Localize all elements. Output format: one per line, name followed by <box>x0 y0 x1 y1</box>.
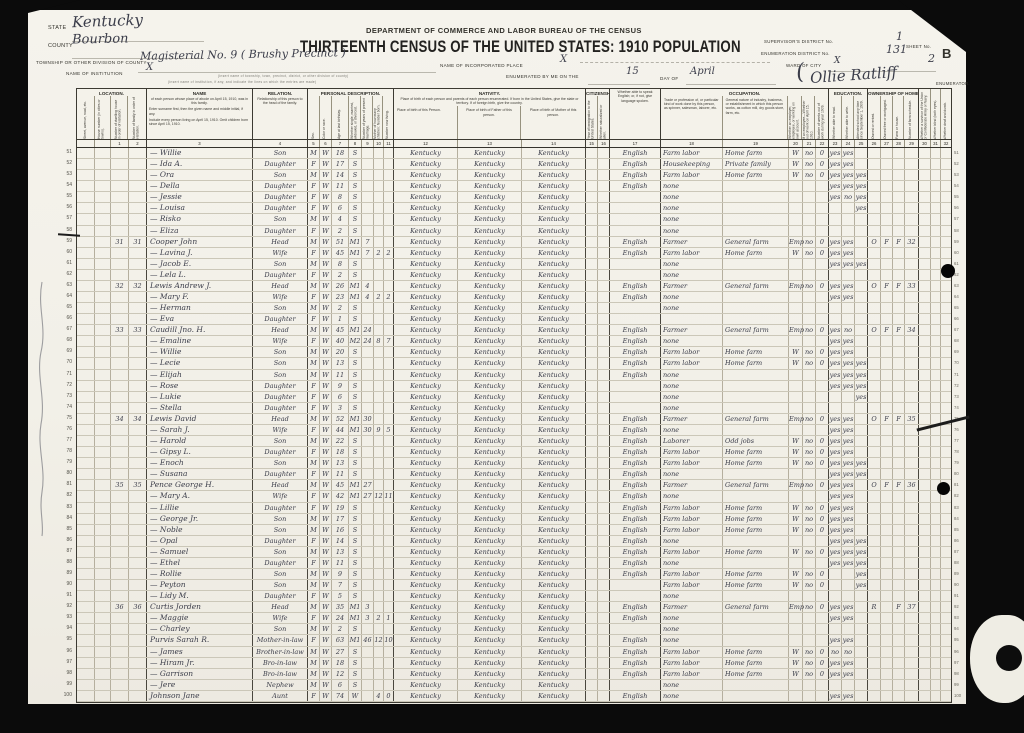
cell <box>362 314 374 324</box>
cell <box>111 226 129 236</box>
cell: 33 <box>905 281 919 291</box>
cell: Head <box>253 281 308 291</box>
cell <box>362 270 374 280</box>
cell <box>111 159 129 169</box>
cell: yes <box>829 281 842 291</box>
cell: Kentucky <box>522 314 586 324</box>
cell: 2 <box>374 248 384 258</box>
cell <box>803 403 816 413</box>
cell <box>362 214 374 224</box>
cell <box>881 680 893 690</box>
cell: S <box>349 436 362 446</box>
cell: Kentucky <box>394 192 458 202</box>
cell: S <box>349 381 362 391</box>
cell: none <box>661 491 723 501</box>
census-row: — ElijahSonMW11SKentuckyKentuckyKentucky… <box>77 370 951 381</box>
column-header: Number of farm schedule. <box>904 96 918 140</box>
column-number: 15 <box>586 140 598 147</box>
cell: 27 <box>362 491 374 501</box>
column-header: Place of birth of Mother of this person. <box>521 106 585 139</box>
cell: 19 <box>332 503 349 513</box>
cell: S <box>349 624 362 634</box>
cell <box>919 536 931 546</box>
cell: Emp <box>789 602 803 612</box>
cell <box>374 469 384 479</box>
cell <box>129 635 147 645</box>
cell: English <box>610 547 661 557</box>
cell: Farmer <box>661 325 723 335</box>
cell <box>842 580 855 590</box>
cell <box>803 314 816 324</box>
cell: 0 <box>816 480 829 490</box>
cell <box>95 624 111 634</box>
cell: 32 <box>905 237 919 247</box>
cell <box>95 580 111 590</box>
census-row: — MaggieWifeFW24M1321KentuckyKentuckyKen… <box>77 613 951 624</box>
census-row: Purvis Sarah R.Mother-in-lawFW63M1461210… <box>77 635 951 646</box>
cell <box>905 669 919 679</box>
cell <box>881 691 893 701</box>
cell <box>855 635 868 645</box>
cell <box>803 425 816 435</box>
cell <box>610 381 661 391</box>
cell: Kentucky <box>522 248 586 258</box>
cell <box>586 525 598 535</box>
cell: Home farm <box>723 248 789 258</box>
cell <box>816 270 829 280</box>
cell <box>868 358 881 368</box>
cell <box>829 403 842 413</box>
cell: English <box>610 181 661 191</box>
cell: English <box>610 469 661 479</box>
cell <box>374 680 384 690</box>
cell <box>881 270 893 280</box>
cell <box>931 181 941 191</box>
line-number: 53 <box>954 169 965 180</box>
cell <box>77 591 95 601</box>
cell: Kentucky <box>458 491 522 501</box>
cell <box>881 148 893 158</box>
cell: S <box>349 392 362 402</box>
cell <box>374 414 384 424</box>
cell: English <box>610 425 661 435</box>
cell <box>855 414 868 424</box>
cell <box>941 292 951 302</box>
cell <box>586 325 598 335</box>
cell <box>111 314 129 324</box>
cell <box>598 469 610 479</box>
cell: 8 <box>374 336 384 346</box>
cell <box>855 292 868 302</box>
cell: 51 <box>332 237 349 247</box>
cell <box>374 303 384 313</box>
cell <box>855 591 868 601</box>
cell <box>374 458 384 468</box>
cell <box>723 635 789 645</box>
cell: M <box>308 436 320 446</box>
cell: Kentucky <box>394 314 458 324</box>
cell: no <box>842 192 855 202</box>
cell: Kentucky <box>522 214 586 224</box>
cell <box>598 503 610 513</box>
cell: 7 <box>362 248 374 258</box>
cell: Kentucky <box>458 602 522 612</box>
cell: F <box>308 292 320 302</box>
cell <box>868 547 881 557</box>
cell <box>374 403 384 413</box>
cell <box>789 491 803 501</box>
cell <box>384 226 394 236</box>
cell: Kentucky <box>458 558 522 568</box>
cell <box>95 381 111 391</box>
cell <box>803 469 816 479</box>
cell <box>362 458 374 468</box>
column-number: 10 <box>374 140 384 147</box>
cell <box>610 192 661 202</box>
cell <box>931 192 941 202</box>
column-header-label: Place of birth of this Person. <box>395 107 443 113</box>
cell <box>384 325 394 335</box>
cell <box>129 425 147 435</box>
cell: Kentucky <box>522 281 586 291</box>
cell <box>893 403 905 413</box>
cell: 2 <box>332 270 349 280</box>
cell <box>931 691 941 701</box>
cell: 34 <box>129 414 147 424</box>
cell <box>905 370 919 380</box>
cell: Kentucky <box>458 203 522 213</box>
cell: no <box>803 525 816 535</box>
column-header-label: Whether able to read. <box>833 97 837 139</box>
cell <box>881 669 893 679</box>
cell: W <box>320 292 332 302</box>
cell <box>919 248 931 258</box>
cell <box>919 159 931 169</box>
cell <box>111 514 129 524</box>
cell: M <box>308 480 320 490</box>
cell <box>598 314 610 324</box>
cell <box>905 447 919 457</box>
cell: none <box>661 259 723 269</box>
cell <box>95 314 111 324</box>
cell: yes <box>842 558 855 568</box>
cell <box>129 503 147 513</box>
census-row: — GarrisonBro-in-lawMW12SKentuckyKentuck… <box>77 669 951 680</box>
cell: yes <box>829 358 842 368</box>
cell <box>111 503 129 513</box>
line-number: 70 <box>954 357 965 368</box>
cell: M <box>308 624 320 634</box>
cell <box>77 403 95 413</box>
cell <box>789 370 803 380</box>
cell <box>111 669 129 679</box>
cell <box>816 536 829 546</box>
cell <box>77 203 95 213</box>
cell: 44 <box>332 425 349 435</box>
cell: Daughter <box>253 392 308 402</box>
cell: — Enoch <box>147 458 253 468</box>
cell: Kentucky <box>394 214 458 224</box>
line-number: 84 <box>954 513 965 524</box>
cell <box>919 491 931 501</box>
cell: yes <box>829 237 842 247</box>
cell <box>829 303 842 313</box>
cell <box>384 237 394 247</box>
enumerated-label: ENUMERATED BY ME ON THE <box>506 74 579 79</box>
cell <box>941 170 951 180</box>
cell <box>362 558 374 568</box>
cell <box>598 281 610 291</box>
cell: F <box>881 325 893 335</box>
cell: S <box>349 192 362 202</box>
cell <box>95 347 111 357</box>
cell <box>77 148 95 158</box>
cell: no <box>803 480 816 490</box>
cell <box>931 314 941 324</box>
line-number: 96 <box>954 646 965 657</box>
cell <box>855 237 868 247</box>
cell: F <box>308 192 320 202</box>
census-row: — LecieSonMW13SKentuckyKentuckyKentuckyE… <box>77 358 951 369</box>
cell <box>586 181 598 191</box>
cell <box>803 270 816 280</box>
cell: yes <box>855 192 868 202</box>
cell: Kentucky <box>394 358 458 368</box>
cell <box>77 480 95 490</box>
cell: Kentucky <box>522 580 586 590</box>
cell <box>723 392 789 402</box>
cell <box>384 469 394 479</box>
cell: no <box>803 237 816 247</box>
cell: 13 <box>332 458 349 468</box>
cell: English <box>610 325 661 335</box>
cell: — Willie <box>147 148 253 158</box>
cell: Kentucky <box>458 580 522 590</box>
cell: Son <box>253 358 308 368</box>
line-number: 53 <box>58 169 74 180</box>
cell <box>941 392 951 402</box>
cell: English <box>610 491 661 501</box>
county-label: COUNTY <box>48 43 73 49</box>
cell: Head <box>253 602 308 612</box>
cell: S <box>349 558 362 568</box>
cell: S <box>349 680 362 690</box>
cell <box>893 514 905 524</box>
cell <box>868 525 881 535</box>
column-header: Owned free or mortgaged. <box>881 96 893 140</box>
line-number: 57 <box>58 213 74 224</box>
cell: yes <box>842 358 855 368</box>
cell <box>598 580 610 590</box>
cell: 7 <box>332 580 349 590</box>
cell <box>881 159 893 169</box>
cell <box>111 358 129 368</box>
cell: Daughter <box>253 203 308 213</box>
cell <box>931 591 941 601</box>
cell: yes <box>829 370 842 380</box>
cell: Wife <box>253 336 308 346</box>
cell: yes <box>842 259 855 269</box>
cell: 2 <box>332 226 349 236</box>
cell <box>95 248 111 258</box>
cell <box>905 469 919 479</box>
column-header-label: Whether able to speak English; or, if no… <box>610 89 660 104</box>
cell: 8 <box>332 259 349 269</box>
cell <box>803 181 816 191</box>
cell <box>111 536 129 546</box>
column-header: Number of weeks out of work during year … <box>815 96 828 140</box>
cell <box>919 170 931 180</box>
cell <box>789 591 803 601</box>
cell: 0 <box>816 281 829 291</box>
cell: 35 <box>332 602 349 612</box>
cell <box>868 181 881 191</box>
cell: Kentucky <box>394 347 458 357</box>
cell: yes <box>842 148 855 158</box>
cell: S <box>349 403 362 413</box>
cell: Farm labor <box>661 458 723 468</box>
cell <box>374 602 384 612</box>
cell <box>893 170 905 180</box>
cell <box>598 159 610 169</box>
header-group: CITIZENSHIP.Year of immigration to the U… <box>586 89 610 139</box>
cell: no <box>803 447 816 457</box>
cell: no <box>803 325 816 335</box>
cell: Kentucky <box>522 370 586 380</box>
cell <box>816 181 829 191</box>
cell: M1 <box>349 613 362 623</box>
cell: W <box>320 503 332 513</box>
cell: yes <box>855 381 868 391</box>
township-rule <box>138 72 436 73</box>
cell <box>598 680 610 690</box>
cell <box>931 336 941 346</box>
cell: Kentucky <box>522 303 586 313</box>
cell <box>95 613 111 623</box>
cell <box>374 281 384 291</box>
census-row: — LouisaDaughterFW6SKentuckyKentuckyKent… <box>77 203 951 214</box>
cell: none <box>661 403 723 413</box>
cell: M2 <box>349 336 362 346</box>
cell <box>598 226 610 236</box>
line-number: 68 <box>954 335 965 346</box>
cell <box>881 358 893 368</box>
cell <box>941 536 951 546</box>
cell <box>905 491 919 501</box>
township-value: Magisterial No. 9 ( Brushy Precinct ) <box>140 46 346 63</box>
header-group: NAMEof each person whose place of abode … <box>147 89 253 139</box>
cell <box>905 192 919 202</box>
cell: M <box>308 259 320 269</box>
cell: S <box>349 181 362 191</box>
cell <box>931 436 941 446</box>
census-row: — George Jr.SonMW17SKentuckyKentuckyKent… <box>77 514 951 525</box>
cell: 35 <box>129 480 147 490</box>
cell: yes <box>842 336 855 346</box>
cell: Farmer <box>661 602 723 612</box>
line-number: 62 <box>58 269 74 280</box>
cell <box>868 314 881 324</box>
cell <box>789 203 803 213</box>
cell: yes <box>829 669 842 679</box>
cell <box>586 226 598 236</box>
cell: Kentucky <box>522 569 586 579</box>
header-group: Whether able to speak English; or, if no… <box>610 89 661 139</box>
cell: — Lecie <box>147 358 253 368</box>
cell: 11 <box>384 491 394 501</box>
line-number: 60 <box>58 247 74 258</box>
cell <box>723 259 789 269</box>
cell <box>881 248 893 258</box>
column-header-label: If an employee—Whether out of work on Ap… <box>803 97 814 139</box>
cell <box>905 314 919 324</box>
cell: yes <box>829 536 842 546</box>
column-header: General nature of industry, business, or… <box>723 96 789 140</box>
cell: Son <box>253 347 308 357</box>
cell <box>374 381 384 391</box>
cell: O <box>868 414 881 424</box>
cell <box>931 447 941 457</box>
cell <box>111 558 129 568</box>
cell: Kentucky <box>522 602 586 612</box>
cell <box>723 491 789 501</box>
cell <box>905 525 919 535</box>
cell: English <box>610 414 661 424</box>
cell: Kentucky <box>458 613 522 623</box>
cell: Daughter <box>253 469 308 479</box>
cell: yes <box>842 292 855 302</box>
cell: — Ethel <box>147 558 253 568</box>
column-header: Whether able to write. <box>842 96 855 140</box>
cell <box>881 381 893 391</box>
cell: Kentucky <box>458 425 522 435</box>
cell: Kentucky <box>394 270 458 280</box>
line-number: 72 <box>954 380 965 391</box>
cell: Son <box>253 514 308 524</box>
cell <box>941 658 951 668</box>
cell: yes <box>842 525 855 535</box>
cell <box>586 547 598 557</box>
cell <box>723 270 789 280</box>
cell <box>129 226 147 236</box>
cell <box>893 292 905 302</box>
cell: — Harold <box>147 436 253 446</box>
cell: 2 <box>374 292 384 302</box>
cell: 4 <box>362 292 374 302</box>
cell <box>893 658 905 668</box>
cell <box>111 469 129 479</box>
cell: 5 <box>332 591 349 601</box>
cell: Home farm <box>723 647 789 657</box>
cell <box>855 314 868 324</box>
cell: S <box>349 203 362 213</box>
cell <box>931 458 941 468</box>
line-number: 67 <box>58 324 74 335</box>
cell: W <box>789 547 803 557</box>
cell <box>868 447 881 457</box>
cell <box>941 425 951 435</box>
cell <box>111 436 129 446</box>
cell <box>919 358 931 368</box>
cell: Kentucky <box>458 458 522 468</box>
line-number: 79 <box>58 457 74 468</box>
line-number: 86 <box>954 535 965 546</box>
cell <box>905 226 919 236</box>
line-number: 67 <box>954 324 965 335</box>
cell: yes <box>829 447 842 457</box>
cell <box>129 458 147 468</box>
cell: yes <box>829 159 842 169</box>
